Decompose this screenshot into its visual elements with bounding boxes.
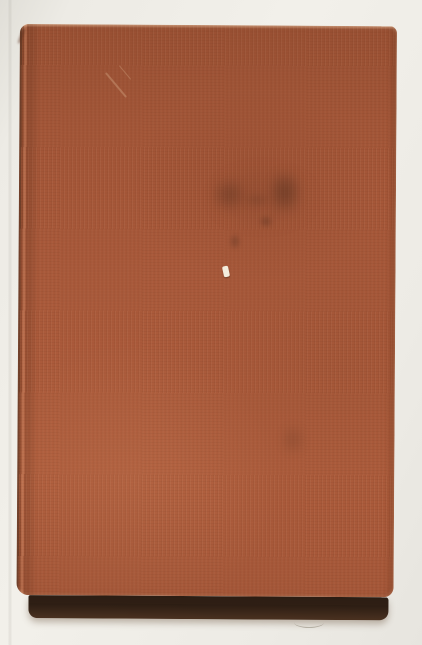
book [16, 24, 397, 620]
book-cover [17, 24, 397, 597]
top-edge-highlight [22, 24, 395, 29]
spine-edge-shading [17, 24, 40, 595]
page-block-shadow [28, 595, 388, 620]
photo-background [0, 0, 422, 645]
